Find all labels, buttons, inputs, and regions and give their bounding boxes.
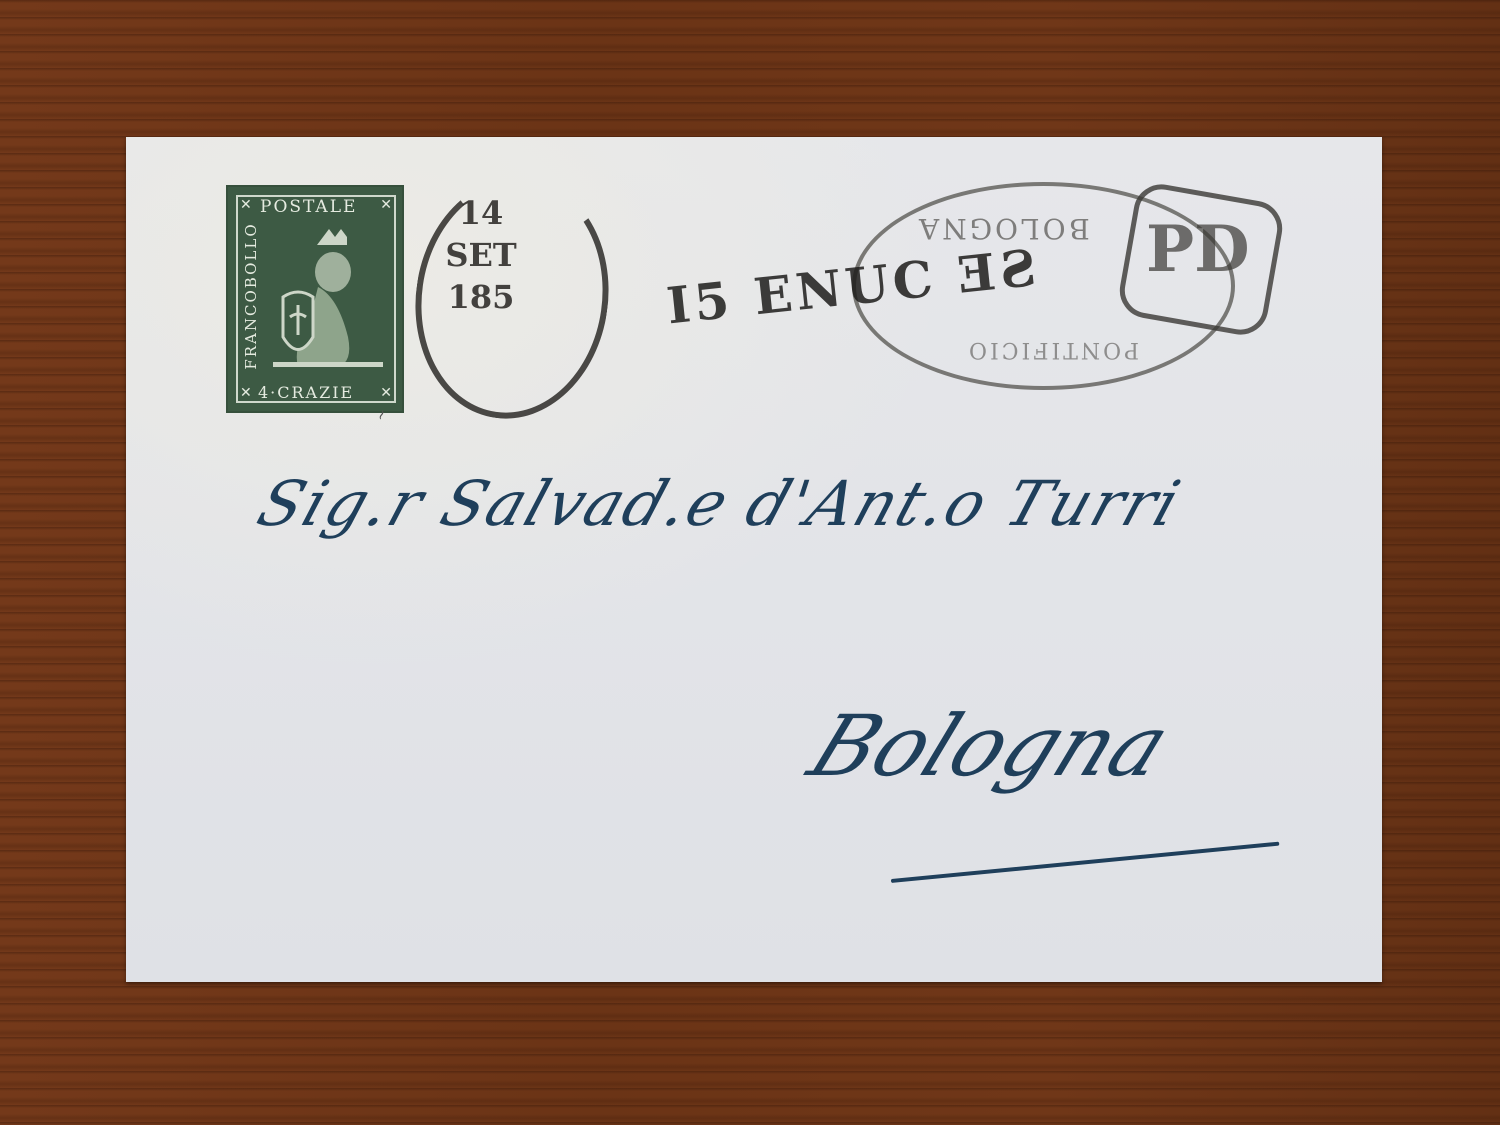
stamp-value-text: 4·CRAZIE <box>258 383 354 402</box>
stamp-corner-icon: ✕ <box>240 385 252 401</box>
postal-cover: ✕ ✕ ✕ ✕ POSTALE FRANCOBOLLO 4·CRAZIE 14 … <box>126 137 1382 982</box>
city-handwriting: Bologna <box>796 697 1183 795</box>
stamp-left-text: FRANCOBOLLO <box>242 211 260 381</box>
postmark-date: 14 SET 185 <box>421 192 541 318</box>
stamp-corner-icon: ✕ <box>380 385 392 401</box>
stamp-corner-icon: ✕ <box>380 197 392 213</box>
addressee-handwriting: Sig.r Salvad.e d'Ant.o Turri <box>249 467 1190 540</box>
stamp-top-text: POSTALE <box>260 197 357 217</box>
framed-postmark-text: PD <box>1146 212 1250 287</box>
lion-icon <box>268 227 388 377</box>
city-underline <box>891 842 1280 883</box>
postage-stamp: ✕ ✕ ✕ ✕ POSTALE FRANCOBOLLO 4·CRAZIE <box>226 185 404 413</box>
oval-postmark-bottom-text: PONTIFICIO <box>966 337 1139 362</box>
